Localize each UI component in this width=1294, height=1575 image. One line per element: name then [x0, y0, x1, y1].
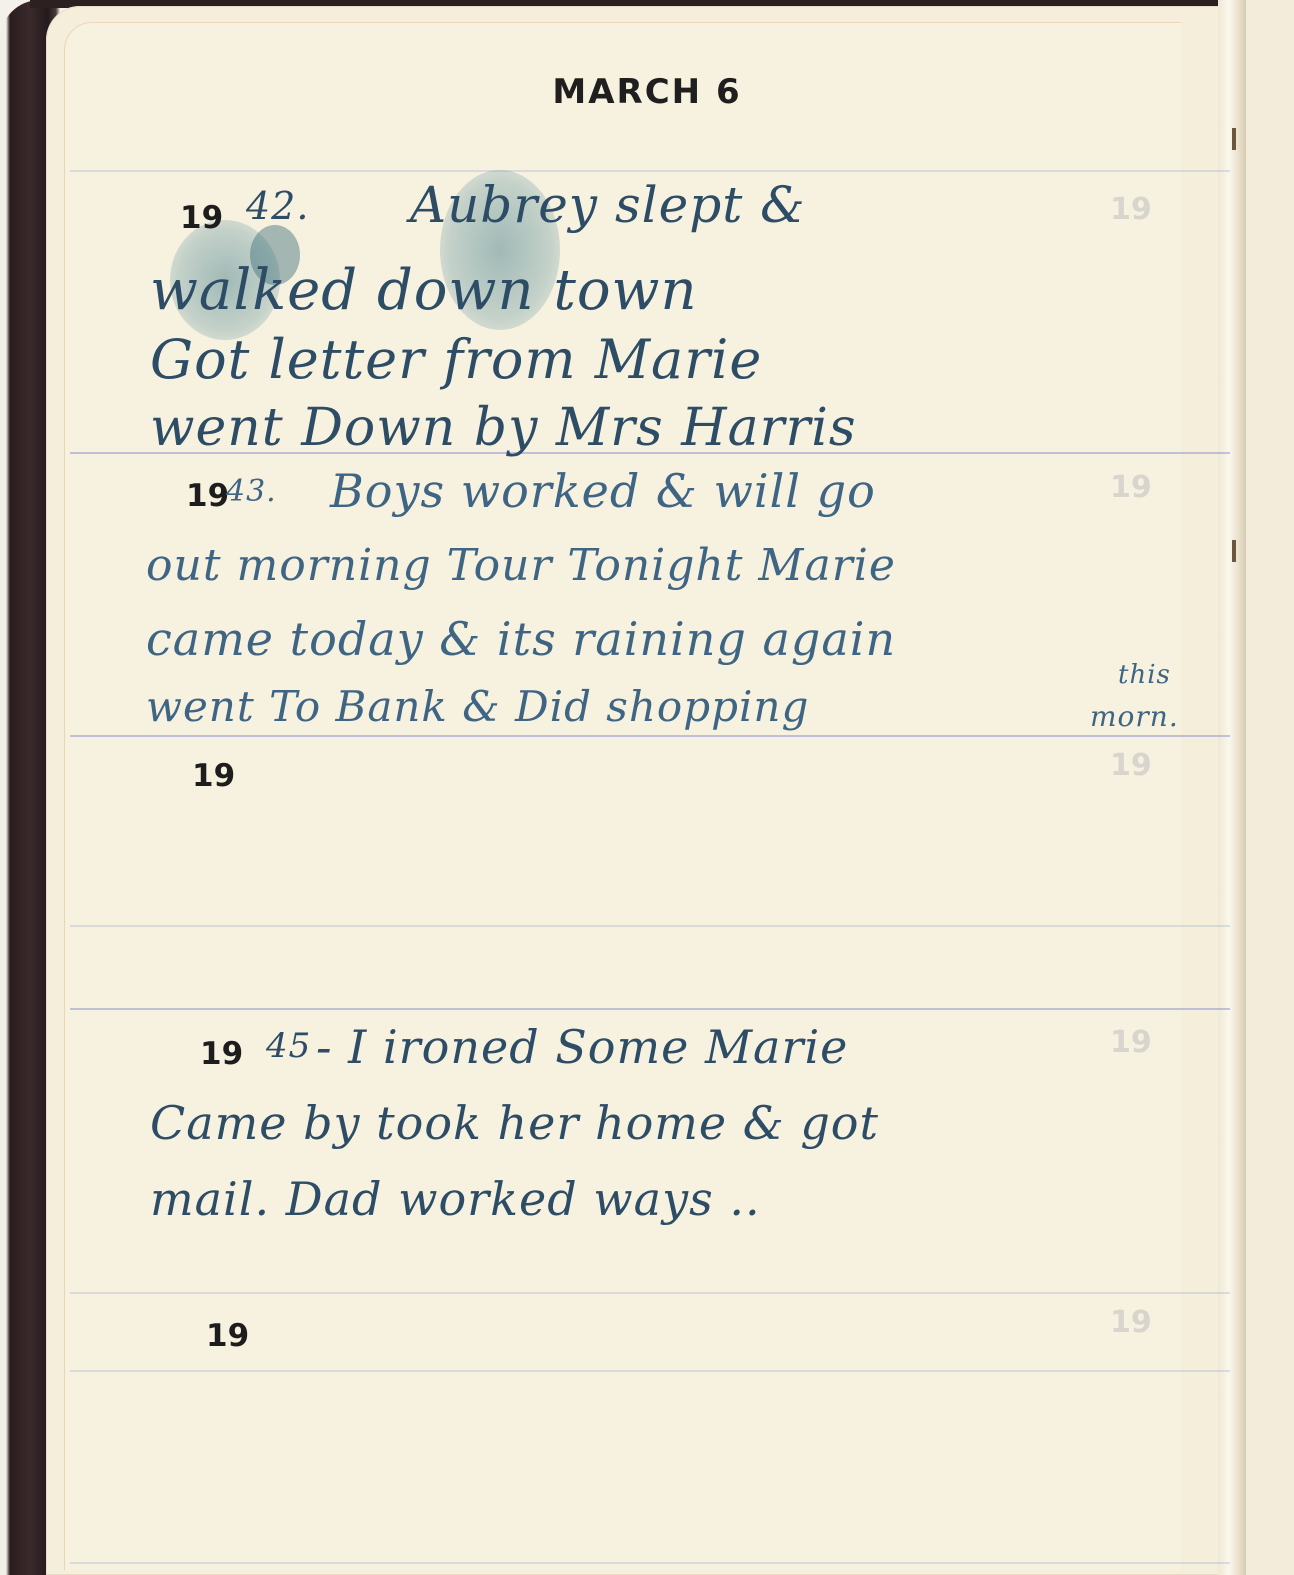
bleed-through-year: 19: [1110, 1025, 1152, 1060]
bleed-through-year: 19: [1110, 192, 1152, 227]
bleed-through-year: 19: [1110, 1305, 1152, 1340]
entry-year-handwritten: 43.: [226, 474, 277, 509]
entry-year-handwritten: 45: [266, 1026, 311, 1066]
facing-page-edge: [1246, 0, 1294, 1575]
entry-year-printed: 19: [186, 478, 229, 514]
bleed-through-year: 19: [1110, 748, 1152, 783]
binding-stitch: [1232, 128, 1236, 150]
entry-superscript: this: [1118, 660, 1171, 690]
entry-year-printed: 19: [206, 1318, 249, 1354]
entry-line: went Down by Mrs Harris: [150, 398, 857, 458]
ruled-line: [70, 170, 1230, 172]
header-month: MARCH: [552, 72, 702, 112]
ruled-line: [70, 1292, 1230, 1294]
entry-line: Aubrey slept &: [410, 176, 806, 234]
entry-year-printed: 19: [180, 200, 223, 236]
entry-line: went To Bank & Did shopping: [146, 682, 809, 731]
entry-line: - I ironed Some Marie: [316, 1020, 848, 1074]
entry-line: Got letter from Marie: [150, 328, 762, 391]
header-day: 6: [716, 72, 742, 112]
entry-trailing-word: morn.: [1090, 700, 1179, 733]
ruled-line: [70, 1562, 1230, 1564]
binding-stitch: [1232, 540, 1236, 562]
entry-line: Came by took her home & got: [150, 1096, 879, 1150]
entry-line: out morning Tour Tonight Marie: [146, 540, 896, 591]
entry-line: mail. Dad worked ways ..: [150, 1172, 761, 1226]
entry-year-printed: 19: [192, 758, 235, 794]
ruled-line: [70, 1008, 1230, 1010]
page-date-header: MARCH 6: [0, 72, 1294, 112]
entry-line: came today & its raining again: [146, 612, 896, 666]
entry-year-handwritten: 42.: [246, 184, 309, 228]
entry-line: Boys worked & will go: [330, 464, 876, 518]
bleed-through-year: 19: [1110, 470, 1152, 505]
entry-line: walked down town: [150, 258, 698, 323]
ruled-line: [70, 735, 1230, 737]
ruled-line: [70, 925, 1230, 927]
entry-year-printed: 19: [200, 1036, 243, 1072]
page-gutter: [1218, 0, 1246, 1575]
ruled-line: [70, 1370, 1230, 1372]
